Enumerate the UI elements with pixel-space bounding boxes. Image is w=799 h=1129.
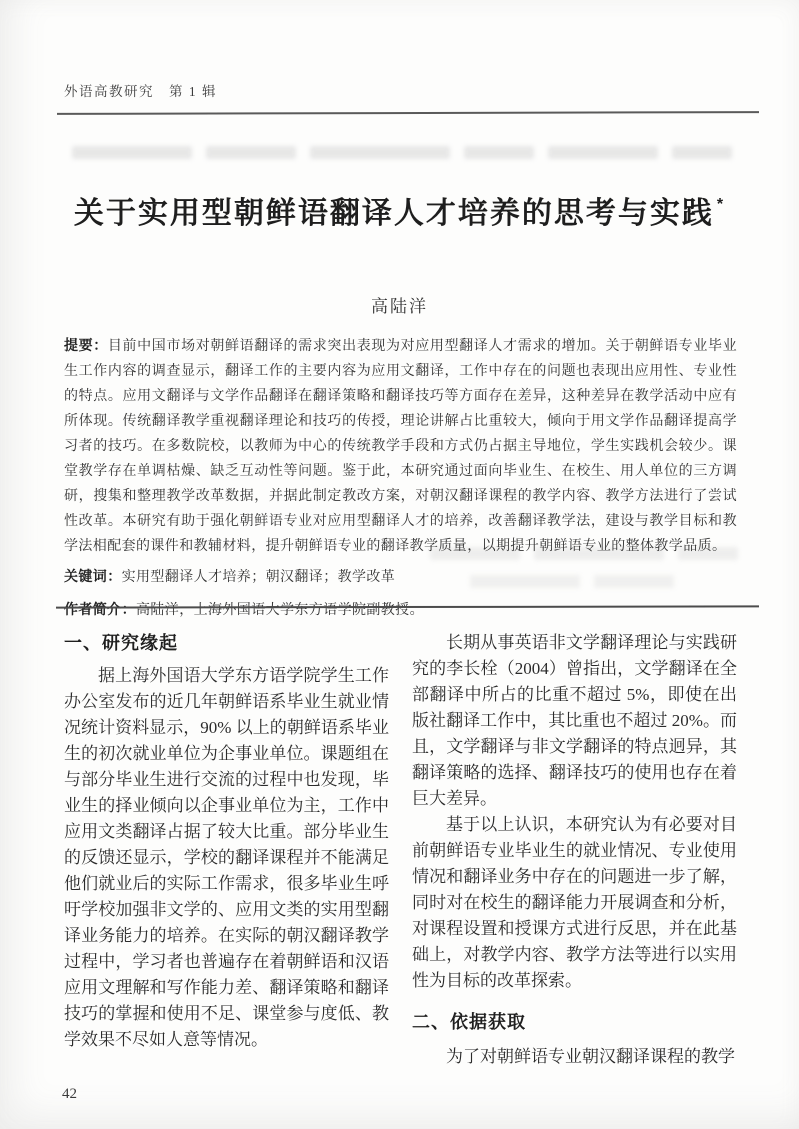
header-rule — [57, 111, 759, 115]
right-column: 长期从事英语非文学翻译理论与实践研究的李长栓（2004）曾指出，文学翻译在全部翻… — [412, 630, 737, 1070]
section-2-heading: 二、依据获取 — [412, 1009, 737, 1035]
two-column-body: 一、研究缘起 据上海外国语大学东方语学院学生工作办公室发布的近几年朝鲜语系毕业生… — [64, 630, 737, 1070]
right-column-paragraph-1: 长期从事英语非文学翻译理论与实践研究的李长栓（2004）曾指出，文学翻译在全部翻… — [412, 630, 737, 812]
scan-bleedthrough — [72, 146, 732, 159]
abstract-paragraph: 提要：目前中国市场对朝鲜语翻译的需求突出表现为对应用型翻译人才需求的增加。关于朝… — [64, 333, 737, 559]
right-column-paragraph-2: 基于以上认识，本研究认为有必要对目前朝鲜语专业毕业生的就业情况、专业使用情况和翻… — [412, 812, 737, 994]
author-bio-label: 作者简介： — [64, 601, 136, 617]
abstract-text: 目前中国市场对朝鲜语翻译的需求突出表现为对应用型翻译人才需求的增加。关于朝鲜语专… — [64, 339, 737, 554]
abstract-label: 提要： — [64, 337, 108, 353]
scanned-paper-page: 外语高教研究 第 1 辑 关于实用型朝鲜语翻译人才培养的思考与实践* 高陆洋 提… — [0, 0, 799, 1129]
left-column: 一、研究缘起 据上海外国语大学东方语学院学生工作办公室发布的近几年朝鲜语系毕业生… — [64, 630, 389, 1070]
keywords-line: 关键词：实用型翻译人才培养；朝汉翻译；教学改革 — [64, 562, 737, 592]
article-title-text: 关于实用型朝鲜语翻译人才培养的思考与实践 — [74, 197, 714, 230]
keywords-label: 关键词： — [64, 568, 122, 584]
journal-running-head: 外语高教研究 第 1 辑 — [64, 80, 217, 100]
section-1-paragraph: 据上海外国语大学东方语学院学生工作办公室发布的近几年朝鲜语系毕业生就业情况统计资… — [64, 663, 389, 1053]
page-number: 42 — [62, 1086, 77, 1103]
author-name: 高陆洋 — [0, 292, 799, 317]
footnote-asterisk: * — [717, 196, 725, 213]
front-matter: 提要：目前中国市场对朝鲜语翻译的需求突出表现为对应用型翻译人才需求的增加。关于朝… — [64, 333, 737, 625]
keywords-text: 实用型翻译人才培养；朝汉翻译；教学改革 — [122, 570, 396, 585]
author-bio-line: 作者简介：高陆洋，上海外国语大学东方语学院副教授。 — [64, 595, 737, 625]
article-title: 关于实用型朝鲜语翻译人才培养的思考与实践* — [0, 188, 799, 232]
section-1-heading: 一、研究缘起 — [64, 630, 389, 656]
section-2-paragraph: 为了对朝鲜语专业朝汉翻译课程的教学 — [412, 1044, 737, 1070]
